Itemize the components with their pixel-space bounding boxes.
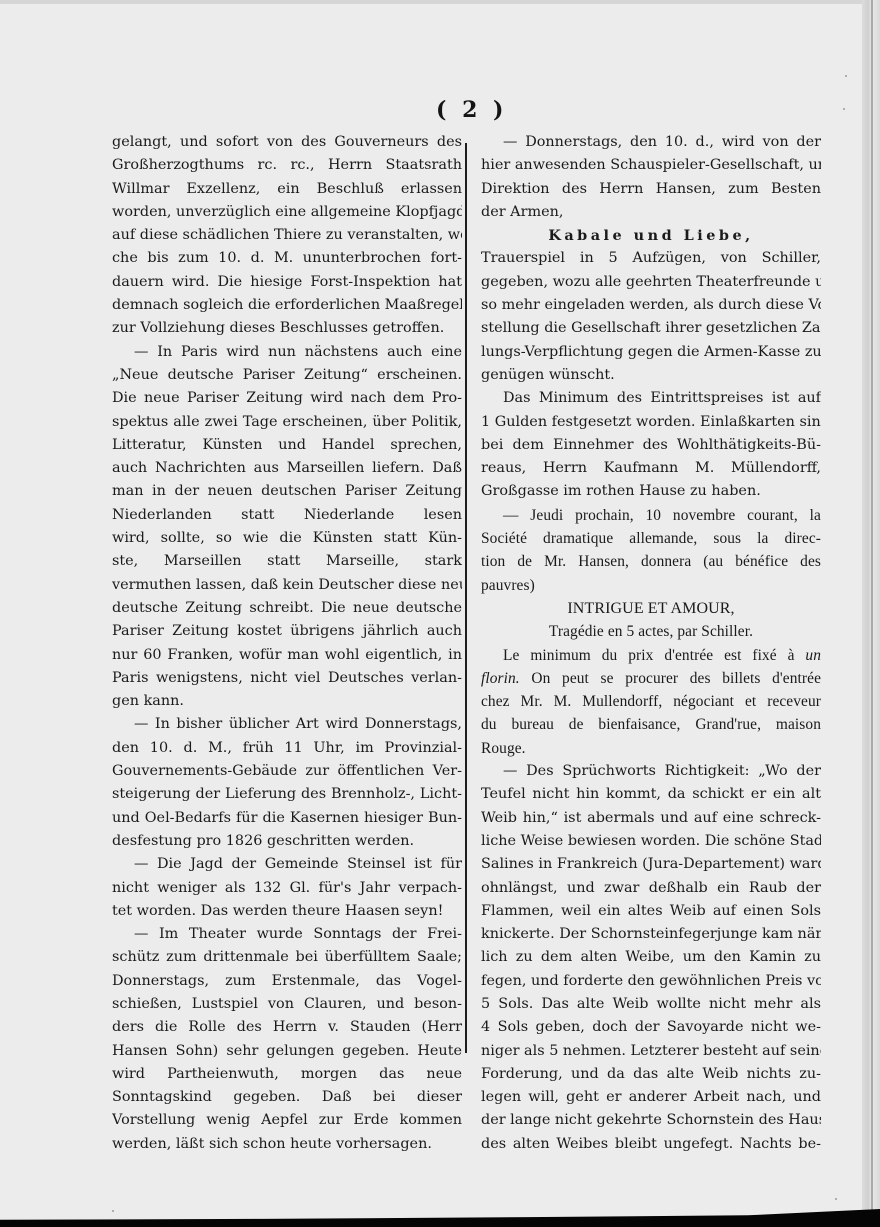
text-line: niger als 5 nehmen. Letzterer besteht au… (481, 1040, 821, 1063)
text-line: nicht weniger als 132 Gl. für's Jahr ver… (112, 877, 462, 900)
text-line: fegen, und forderte den gewöhnlichen Pre… (481, 970, 821, 993)
text-line: ste, Marseillen statt Marseille, stark (112, 550, 462, 573)
text-line: schießen, Lustspiel von Clauren, und bes… (112, 993, 462, 1016)
text-line: reaus, Herrn Kaufmann M. Müllendorff, (481, 457, 821, 480)
text-line: so mehr eingeladen werden, als durch die… (481, 294, 821, 317)
text-line: Société dramatique allemande, sous la di… (481, 527, 821, 550)
text-line: Die neue Pariser Zeitung wird nach dem P… (112, 387, 462, 410)
text-line: man in der neuen deutschen Pariser Zeitu… (112, 480, 462, 503)
text-line: stellung die Gesellschaft ihrer gesetzli… (481, 317, 821, 340)
text-line: werden, läßt sich schon heute vorhersage… (112, 1133, 462, 1156)
price-amount-italic: un (805, 647, 821, 664)
text-line: Willmar Exzellenz, ein Beschluß erlassen (112, 178, 462, 201)
text-line: steigerung der Lieferung des Brennholz-,… (112, 783, 462, 806)
text-line: des alten Weibes bleibt ungefegt. Nachts… (481, 1133, 821, 1156)
text-line: knickerte. Der Schornsteinfegerjunge kam… (481, 923, 821, 946)
text-line: Salines in Frankreich (Jura-Departement)… (481, 853, 821, 876)
text-line: Donnerstags, zum Erstenmale, das Vogel- (112, 970, 462, 993)
text-line: Großherzogthums rc. rc., Herrn Staatsrat… (112, 154, 462, 177)
text-line: der lange nicht gekehrte Schornstein des… (481, 1109, 821, 1132)
scan-right-edge (862, 0, 880, 1227)
text-line: Weib hin,“ ist abermals und auf eine sch… (481, 807, 821, 830)
text-line: vermuthen lassen, daß kein Deutscher die… (112, 574, 462, 597)
scan-speck (455, 190, 457, 192)
text-line: tion de Mr. Hansen, donnera (au bénéfice… (481, 550, 821, 573)
text-line: Vorstellung wenig Aepfel zur Erde kommen (112, 1109, 462, 1132)
text-line: Gouvernements-Gebäude zur öffentlichen V… (112, 760, 462, 783)
scan-speck (112, 1210, 114, 1212)
text-line: Flammen, weil ein altes Weib auf einen S… (481, 900, 821, 923)
scan-speck (835, 1198, 837, 1200)
text-line: legen will, geht er anderer Arbeit nach,… (481, 1086, 821, 1109)
text-line: Paris wenigstens, nicht viel Deutsches v… (112, 667, 462, 690)
text-line: ders die Rolle des Herrn v. Stauden (Her… (112, 1016, 462, 1039)
text-line: Niederlanden statt Niederlande lesen (112, 504, 462, 527)
text-line: auch Nachrichten aus Marseillen liefern.… (112, 457, 462, 480)
paragraph-start: — Donnerstags, den 10. d., wird von der (481, 131, 821, 154)
price-unit-italic: florin. (481, 670, 520, 687)
text-line: bei dem Einnehmer des Wohlthätigkeits-Bü… (481, 434, 821, 457)
text-line: „Neue deutsche Pariser Zeitung“ erschein… (112, 364, 462, 387)
text-line: chez Mr. M. Mullendorff, négociant et re… (481, 690, 821, 713)
text-line: demnach sogleich die erforderlichen Maaß… (112, 294, 462, 317)
text-line: Forderung, und da das alte Weib nichts z… (481, 1063, 821, 1086)
paragraph-start: — Jeudi prochain, 10 novembre courant, l… (481, 504, 821, 527)
play-subtitle-french: Tragédie en 5 actes, par Schiller. (481, 620, 821, 643)
paragraph-start: — In bisher üblicher Art wird Donnerstag… (112, 713, 462, 736)
text-line: dauern wird. Die hiesige Forst-Inspektio… (112, 271, 462, 294)
ticket-line: florin. On peut se procurer des billets … (481, 667, 821, 690)
text-line: schütz zum drittenmale bei überfülltem S… (112, 946, 462, 969)
right-column: — Donnerstags, den 10. d., wird von der … (481, 131, 821, 1156)
text-line: che bis zum 10. d. M. ununterbrochen for… (112, 247, 462, 270)
left-column: gelangt, und sofort von des Gouverneurs … (112, 131, 462, 1156)
text-line: Großgasse im rothen Hause zu haben. (481, 480, 821, 503)
text-line: genügen wünscht. (481, 364, 821, 387)
text-line: Litteratur, Künsten und Handel sprechen, (112, 434, 462, 457)
theater-notice-french: — Jeudi prochain, 10 novembre courant, l… (481, 504, 821, 760)
paragraph-start: Das Minimum des Eintrittspreises ist auf (481, 387, 821, 410)
text-line: lungs-Verpflichtung gegen die Armen-Kass… (481, 341, 821, 364)
text-line: deutsche Zeitung schreibt. Die neue deut… (112, 597, 462, 620)
text-line: 1 Gulden festgesetzt worden. Einlaßkarte… (481, 411, 821, 434)
text-line: tet worden. Das werden theure Haasen sey… (112, 900, 462, 923)
scan-top-edge (0, 0, 862, 4)
text-line: Pariser Zeitung kostet übrigens jährlich… (112, 620, 462, 643)
text-line: desfestung pro 1826 geschritten werden. (112, 830, 462, 853)
play-title-german: Kabale und Liebe, (481, 224, 821, 247)
play-title-french: INTRIGUE ET AMOUR, (481, 597, 821, 620)
text-line: wird Partheienwuth, morgen das neue (112, 1063, 462, 1086)
text-line: Teufel nicht hin kommt, da schickt er ei… (481, 783, 821, 806)
paragraph-start: — Des Sprüchworts Richtigkeit: „Wo der (481, 760, 821, 783)
text-line: zur Vollziehung dieses Beschlusses getro… (112, 317, 462, 340)
text-line: den 10. d. M., früh 11 Uhr, im Provinzia… (112, 737, 462, 760)
text-line: gen kann. (112, 690, 462, 713)
text-line: nur 60 Franken, wofür man wohl eigentlic… (112, 644, 462, 667)
column-divider (465, 143, 467, 1053)
ticket-text: On peut se procurer des billets d'entrée (520, 670, 821, 687)
proverb-article: — Des Sprüchworts Richtigkeit: „Wo der T… (481, 760, 821, 1156)
scan-speck (843, 108, 845, 110)
text-line: Direktion des Herrn Hansen, zum Besten (481, 178, 821, 201)
text-line: gegeben, wozu alle geehrten Theaterfreun… (481, 271, 821, 294)
text-line: Trauerspiel in 5 Aufzügen, von Schiller, (481, 247, 821, 270)
text-line: pauvres) (481, 574, 821, 597)
text-line: Rouge. (481, 737, 821, 760)
text-line: der Armen, (481, 201, 821, 224)
paragraph-start: — In Paris wird nun nächstens auch eine (112, 341, 462, 364)
theater-notice-german: — Donnerstags, den 10. d., wird von der … (481, 131, 821, 504)
text-line: ohnlängst, und zwar deßhalb ein Raub der (481, 877, 821, 900)
text-line: 4 Sols geben, doch der Savoyarde nicht w… (481, 1016, 821, 1039)
text-line: lich zu dem alten Weibe, um den Kamin zu (481, 946, 821, 969)
text-line: du bureau de bienfaisance, Grand'rue, ma… (481, 713, 821, 736)
paragraph-start: — Im Theater wurde Sonntags der Frei- (112, 923, 462, 946)
text-line: liche Weise bewiesen worden. Die schöne … (481, 830, 821, 853)
page-number: ( 2 ) (436, 97, 507, 123)
text-line: gelangt, und sofort von des Gouverneurs … (112, 131, 462, 154)
text-line: Sonntagskind gegeben. Daß bei dieser (112, 1086, 462, 1109)
text-line: hier anwesenden Schauspieler-Gesellschaf… (481, 154, 821, 177)
text-line: und Oel-Bedarfs für die Kasernen hiesige… (112, 807, 462, 830)
text-line: 5 Sols. Das alte Weib wollte nicht mehr … (481, 993, 821, 1016)
newspaper-page: ( 2 ) gelangt, und sofort von des Gouver… (0, 0, 862, 1227)
price-line: Le minimum du prix d'entrée est fixé à u… (481, 644, 821, 667)
text-line: worden, unverzüglich eine allgemeine Klo… (112, 201, 462, 224)
text-line: Hansen Sohn) sehr gelungen gegeben. Heut… (112, 1040, 462, 1063)
text-line: auf diese schädlichen Thiere zu veransta… (112, 224, 462, 247)
scan-speck (845, 75, 847, 77)
text-line: spektus alle zwei Tage erscheinen, über … (112, 411, 462, 434)
paragraph-start: — Die Jagd der Gemeinde Steinsel ist für (112, 853, 462, 876)
price-text: Le minimum du prix d'entrée est fixé à (503, 647, 805, 664)
text-line: wird, sollte, so wie die Künsten statt K… (112, 527, 462, 550)
